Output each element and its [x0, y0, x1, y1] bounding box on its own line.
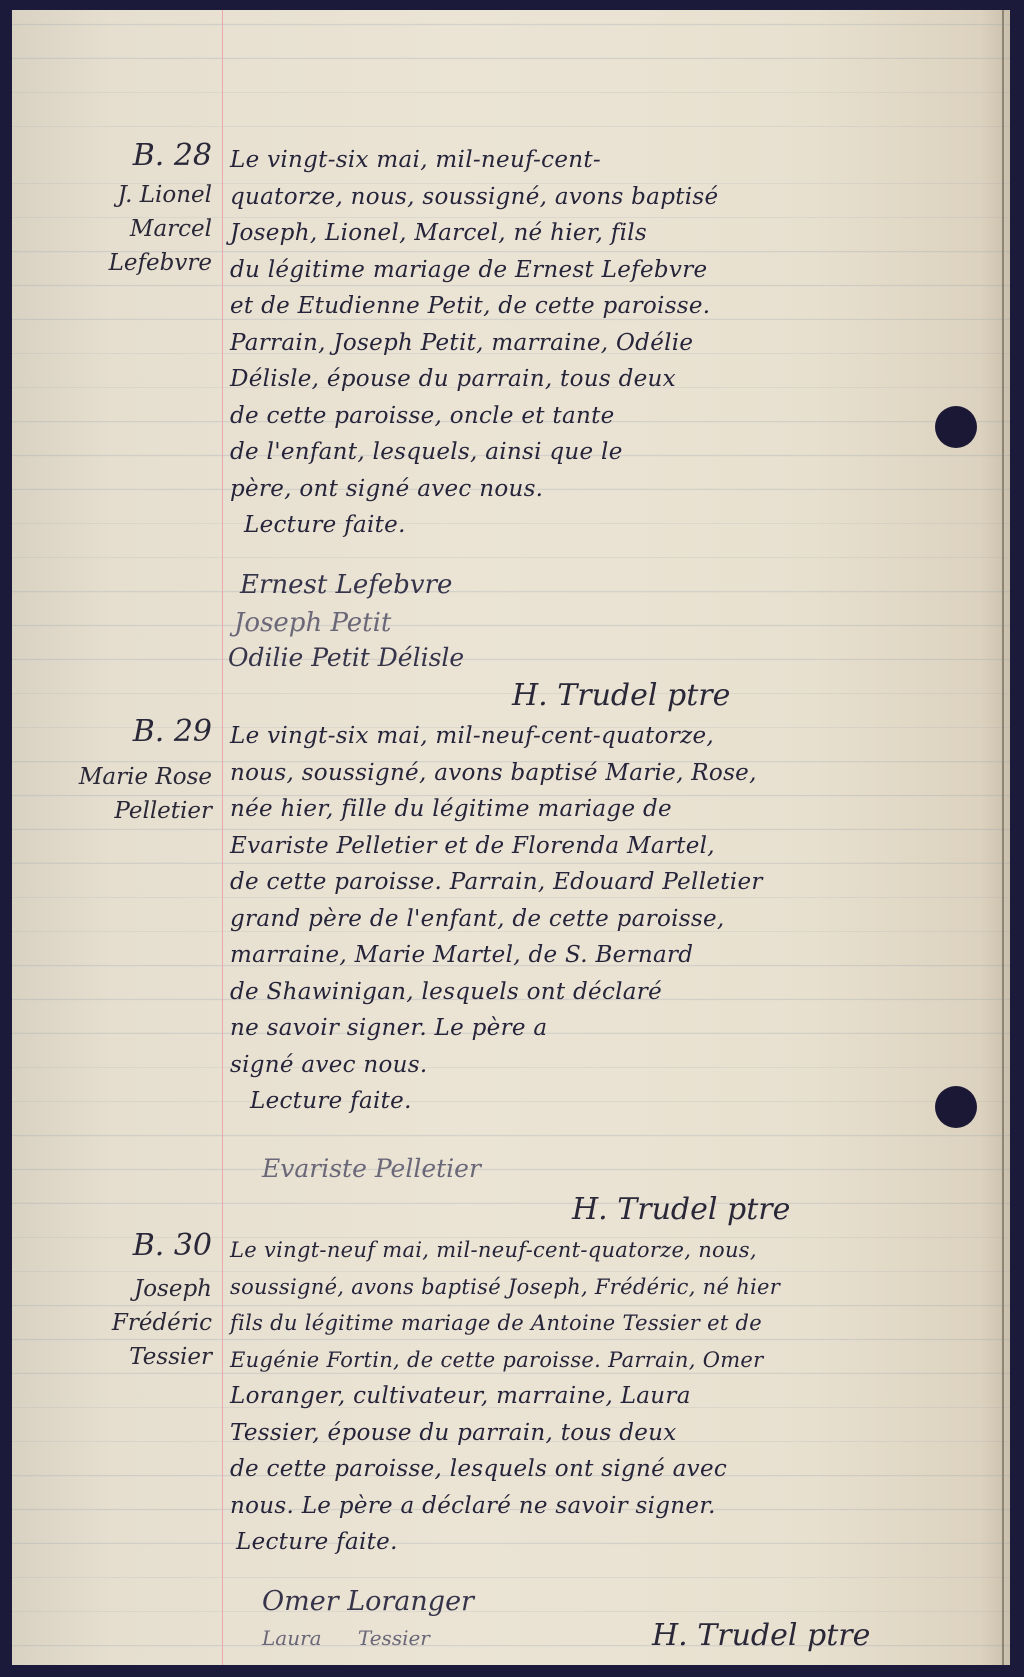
entry-text: Le vingt-neuf mai, mil-neuf-cent-quatorz…: [230, 1232, 1000, 1561]
text-line: Le vingt-six mai, mil-neuf-cent-: [230, 142, 1000, 179]
text-line: et de Etudienne Petit, de cette paroisse…: [230, 288, 1000, 325]
entry-number: B. 28: [52, 138, 212, 173]
text-line: Délisle, épouse du parrain, tous deux: [230, 361, 1000, 398]
margin-name-line: Marie Rose: [26, 760, 212, 794]
text-line: marraine, Marie Martel, de S. Bernard: [230, 937, 1000, 974]
text-line: de cette paroisse, oncle et tante: [230, 398, 1000, 435]
text-line: grand père de l'enfant, de cette paroiss…: [230, 901, 1000, 938]
text-line: ne savoir signer. Le père a: [230, 1010, 1000, 1047]
text-line: de cette paroisse, lesquels ont signé av…: [230, 1451, 1000, 1488]
priest-signature: H. Trudel ptre: [512, 678, 730, 713]
text-line: Le vingt-six mai, mil-neuf-cent-quatorze…: [230, 718, 1000, 755]
text-line: de Shawinigan, lesquels ont déclaré: [230, 974, 1000, 1011]
child-name-margin: J. Lionel Marcel Lefebvre: [26, 178, 212, 280]
text-line: nous, soussigné, avons baptisé Marie, Ro…: [230, 755, 1000, 792]
page-edge: [1002, 10, 1004, 1665]
text-line: de l'enfant, lesquels, ainsi que le: [230, 434, 1000, 471]
signature: Laura Tessier: [262, 1626, 430, 1650]
text-line: nous. Le père a déclaré ne savoir signer…: [230, 1488, 1000, 1525]
lecture-faite: Lecture faite.: [230, 507, 1000, 544]
text-line: quatorze, nous, soussigné, avons baptisé: [230, 179, 1000, 216]
child-name-margin: Marie Rose Pelletier: [26, 760, 212, 828]
margin-name-line: Pelletier: [26, 794, 212, 828]
priest-signature: H. Trudel ptre: [652, 1618, 870, 1653]
entry-text: Le vingt-six mai, mil-neuf-cent-quatorze…: [230, 718, 1000, 1120]
text-line: père, ont signé avec nous.: [230, 471, 1000, 508]
signature: Joseph Petit: [234, 608, 391, 638]
text-line: née hier, fille du légitime mariage de: [230, 791, 1000, 828]
child-name-margin: Joseph Frédéric Tessier: [26, 1272, 212, 1374]
signature: Evariste Pelletier: [262, 1154, 481, 1183]
text-line: Parrain, Joseph Petit, marraine, Odélie: [230, 325, 1000, 362]
text-line: Tessier, épouse du parrain, tous deux: [230, 1415, 1000, 1452]
text-line: Joseph, Lionel, Marcel, né hier, fils: [230, 215, 1000, 252]
signature: Ernest Lefebvre: [240, 570, 452, 600]
margin-name-line: Marcel: [26, 212, 212, 246]
text-line: Eugénie Fortin, de cette paroisse. Parra…: [230, 1342, 1000, 1379]
entry-text: Le vingt-six mai, mil-neuf-cent- quatorz…: [230, 142, 1000, 544]
text-line: du légitime mariage de Ernest Lefebvre: [230, 252, 1000, 289]
text-line: fils du légitime mariage de Antoine Tess…: [230, 1305, 1000, 1342]
margin-name-line: Frédéric: [26, 1306, 212, 1340]
text-line: soussigné, avons baptisé Joseph, Frédéri…: [230, 1269, 1000, 1306]
lecture-faite: Lecture faite.: [230, 1083, 1000, 1120]
priest-signature: H. Trudel ptre: [572, 1192, 790, 1227]
margin-name-line: J. Lionel: [26, 178, 212, 212]
text-line: Le vingt-neuf mai, mil-neuf-cent-quatorz…: [230, 1232, 1000, 1269]
margin-name-line: Lefebvre: [26, 246, 212, 280]
margin-rule: [222, 10, 223, 1665]
entry-number: B. 29: [52, 714, 212, 749]
text-line: Evariste Pelletier et de Florenda Martel…: [230, 828, 1000, 865]
margin-name-line: Tessier: [26, 1340, 212, 1374]
lecture-faite: Lecture faite.: [230, 1524, 1000, 1561]
scan-border: B. 28 J. Lionel Marcel Lefebvre Le vingt…: [0, 0, 1024, 1677]
margin-name-line: Joseph: [26, 1272, 212, 1306]
register-page: B. 28 J. Lionel Marcel Lefebvre Le vingt…: [12, 10, 1010, 1665]
signature: Omer Loranger: [262, 1586, 474, 1617]
entry-number: B. 30: [52, 1228, 212, 1263]
signature: Odilie Petit Délisle: [228, 643, 464, 672]
text-line: Loranger, cultivateur, marraine, Laura: [230, 1378, 1000, 1415]
text-line: signé avec nous.: [230, 1047, 1000, 1084]
text-line: de cette paroisse. Parrain, Edouard Pell…: [230, 864, 1000, 901]
